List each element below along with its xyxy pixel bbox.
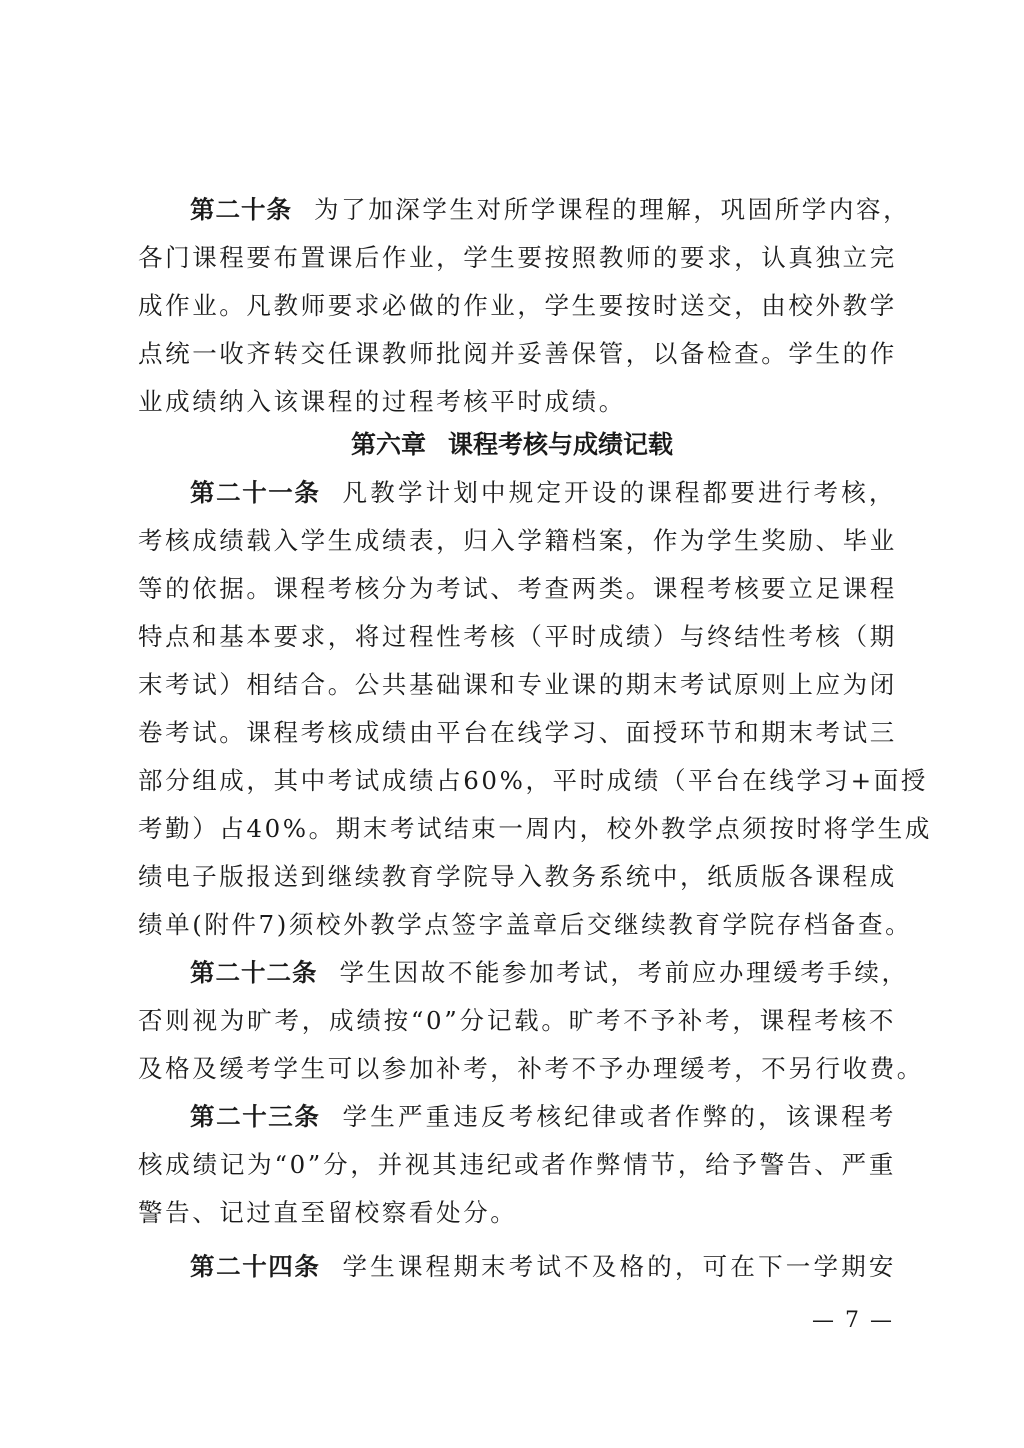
- article-21-line: 考勤）占40%。期末考试结束一周内，校外教学点须按时将学生成: [138, 805, 896, 853]
- page-number: — 7 —: [812, 1306, 894, 1336]
- article-21-line: 等的依据。课程考核分为考试、考查两类。课程考核要立足课程: [138, 565, 896, 613]
- article-23-label: 第二十三条: [190, 1102, 321, 1131]
- article-22-line: 及格及缓考学生可以参加补考，补考不予办理缓考，不另行收费。: [138, 1045, 896, 1093]
- article-21-line: 卷考试。课程考核成绩由平台在线学习、面授环节和期末考试三: [138, 709, 896, 757]
- article-23-text: 学生严重违反考核纪律或者作弊的，该课程考: [343, 1102, 896, 1131]
- article-21-first-line: 第二十一条凡教学计划中规定开设的课程都要进行考核，: [190, 469, 896, 517]
- article-24-first-line: 第二十四条学生课程期末考试不及格的，可在下一学期安: [190, 1243, 896, 1291]
- article-20-line: 各门课程要布置课后作业，学生要按照教师的要求，认真独立完: [138, 234, 896, 282]
- article-21-text: 凡教学计划中规定开设的课程都要进行考核，: [343, 478, 896, 507]
- article-22-line: 否则视为旷考，成绩按“0”分记载。旷考不予补考，课程考核不: [138, 997, 896, 1045]
- article-23-first-line: 第二十三条学生严重违反考核纪律或者作弊的，该课程考: [190, 1093, 896, 1141]
- article-20-text: 为了加深学生对所学课程的理解，巩固所学内容，: [314, 195, 910, 224]
- article-20-line: 成作业。凡教师要求必做的作业，学生要按时送交，由校外教学: [138, 282, 896, 330]
- article-23-line: 警告、记过直至留校察看处分。: [138, 1189, 896, 1237]
- article-21-line: 考核成绩载入学生成绩表，归入学籍档案，作为学生奖励、毕业: [138, 517, 896, 565]
- chapter-title: 课程考核与成绩记载: [448, 430, 673, 459]
- article-24-label: 第二十四条: [190, 1252, 321, 1281]
- article-20-label: 第二十条: [190, 195, 292, 224]
- article-20-line: 业成绩纳入该课程的过程考核平时成绩。: [138, 378, 896, 426]
- article-22-text: 学生因故不能参加考试，考前应办理缓考手续，: [340, 958, 909, 987]
- article-23-line: 核成绩记为“0”分，并视其违纪或者作弊情节，给予警告、严重: [138, 1141, 896, 1189]
- article-24-text: 学生课程期末考试不及格的，可在下一学期安: [343, 1252, 896, 1281]
- article-22-label: 第二十二条: [190, 958, 318, 987]
- article-20-line: 点统一收齐转交任课教师批阅并妥善保管，以备检查。学生的作: [138, 330, 896, 378]
- article-21-line: 绩电子版报送到继续教育学院导入教务系统中，纸质版各课程成: [138, 853, 896, 901]
- article-21-line: 特点和基本要求，将过程性考核（平时成绩）与终结性考核（期: [138, 613, 896, 661]
- article-21-line: 绩单(附件7)须校外教学点签字盖章后交继续教育学院存档备查。: [138, 901, 896, 949]
- article-21-label: 第二十一条: [190, 478, 321, 507]
- chapter-number: 第六章: [351, 430, 426, 459]
- chapter-heading: 第六章课程考核与成绩记载: [0, 421, 1024, 469]
- article-22-first-line: 第二十二条学生因故不能参加考试，考前应办理缓考手续，: [190, 949, 896, 997]
- article-20-first-line: 第二十条为了加深学生对所学课程的理解，巩固所学内容，: [190, 186, 896, 234]
- article-21-line: 末考试）相结合。公共基础课和专业课的期末考试原则上应为闭: [138, 661, 896, 709]
- document-page: 第二十条为了加深学生对所学课程的理解，巩固所学内容， 各门课程要布置课后作业，学…: [0, 0, 1024, 1448]
- article-21-line: 部分组成，其中考试成绩占60%，平时成绩（平台在线学习+面授: [138, 757, 896, 805]
